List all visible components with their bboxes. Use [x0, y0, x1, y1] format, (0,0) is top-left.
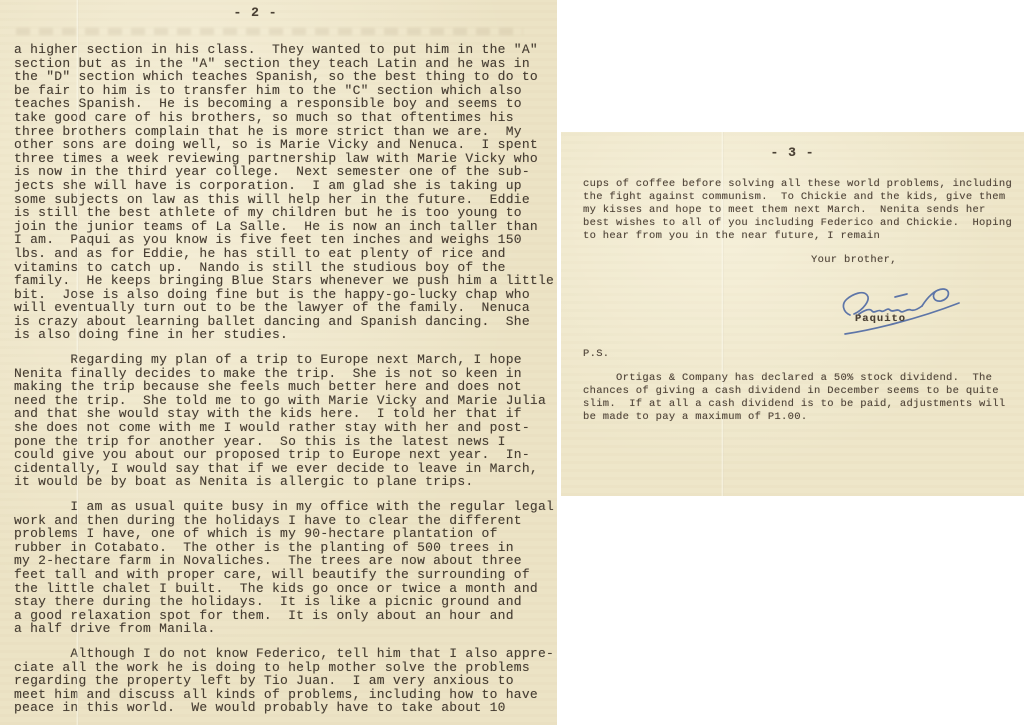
paragraph: a higher section in his class. They want… — [14, 43, 557, 342]
paragraph: I am as usual quite busy in my office wi… — [14, 500, 557, 636]
closing-line: Your brother, — [811, 254, 897, 267]
page-number-3: - 3 - — [561, 145, 1024, 160]
ink-smudge-line — [16, 28, 523, 35]
signature-block: Paquito — [837, 282, 969, 342]
letter-body-page-2: a higher section in his class. They want… — [14, 43, 557, 715]
page-number-2: - 2 - — [0, 5, 527, 20]
paragraph: Regarding my plan of a trip to Europe ne… — [14, 353, 557, 489]
letter-page-3: - 3 - cups of coffee before solving all … — [561, 132, 1024, 496]
postscript-paragraph: Ortigas & Company has declared a 50% sto… — [583, 372, 1005, 424]
typed-signature-name: Paquito — [855, 313, 906, 325]
paragraph: Although I do not know Federico, tell hi… — [14, 647, 557, 715]
postscript-label: P.S. — [583, 348, 609, 361]
handwritten-signature — [837, 282, 969, 342]
paragraph: cups of coffee before solving all these … — [583, 178, 1012, 243]
letter-page-2: - 2 - a higher section in his class. The… — [0, 0, 557, 725]
scan-canvas: { "document": { "left_page": { "page_num… — [0, 0, 1024, 725]
